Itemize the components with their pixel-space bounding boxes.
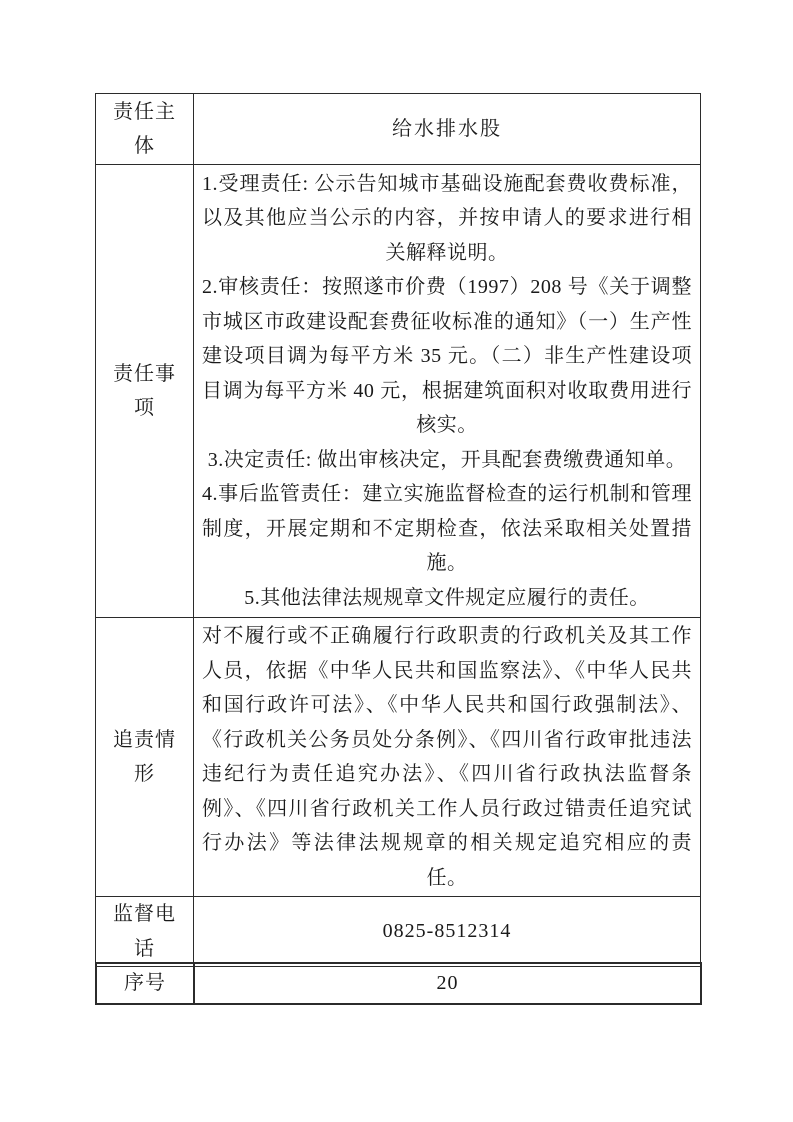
responsibility-subject-value: 给水排水股 bbox=[194, 94, 701, 165]
accountability-content-cell: 对不履行或不正确履行行政职责的行政机关及其工作人员，依据《中华人民共和国监察法》… bbox=[194, 618, 701, 897]
responsibility-items-label-cell: 责任事项 bbox=[96, 165, 194, 618]
serial-number-label: 序号 bbox=[111, 966, 179, 1001]
responsibility-item-3: 3.决定责任: 做出审核决定，开具配套费缴费通知单。 bbox=[202, 443, 692, 478]
responsibility-items-label: 责任事项 bbox=[111, 357, 179, 426]
responsibility-items-content: 1.受理责任: 公示告知城市基础设施配套费收费标准，以及其他应当公示的内容，并按… bbox=[194, 165, 701, 618]
responsibility-item-4: 4.事后监管责任：建立实施监督检查的运行机制和管理制度，开展定期和不定期检查，依… bbox=[202, 477, 692, 581]
responsibility-table: 责任主体 给水排水股 责任事项 1.受理责任: 公示告知城市基础设施配套费收费标… bbox=[95, 93, 701, 967]
responsibility-item-1: 1.受理责任: 公示告知城市基础设施配套费收费标准，以及其他应当公示的内容，并按… bbox=[202, 167, 692, 271]
responsibility-item-5: 5.其他法律法规规章文件规定应履行的责任。 bbox=[202, 581, 692, 616]
accountability-label-cell: 追责情形 bbox=[96, 618, 194, 897]
serial-number-table: 序号 20 bbox=[95, 962, 702, 1005]
responsibility-subject-label-cell: 责任主体 bbox=[96, 94, 194, 165]
table-row-serial-number: 序号 20 bbox=[96, 963, 701, 1004]
responsibility-item-2: 2.审核责任：按照遂市价费（1997）208 号《关于调整市城区市政建设配套费征… bbox=[202, 270, 692, 443]
supervision-phone-label-cell: 监督电话 bbox=[96, 897, 194, 967]
supervision-phone-value: 0825-8512314 bbox=[194, 897, 701, 967]
accountability-content: 对不履行或不正确履行行政职责的行政机关及其工作人员，依据《中华人民共和国监察法》… bbox=[202, 619, 692, 895]
serial-number-label-cell: 序号 bbox=[96, 963, 194, 1004]
accountability-label: 追责情形 bbox=[111, 723, 179, 792]
responsibility-subject-label: 责任主体 bbox=[111, 95, 179, 164]
table-row-responsibility-subject: 责任主体 给水排水股 bbox=[96, 94, 701, 165]
table-row-responsibility-items: 责任事项 1.受理责任: 公示告知城市基础设施配套费收费标准，以及其他应当公示的… bbox=[96, 165, 701, 618]
supervision-phone-label: 监督电话 bbox=[111, 897, 179, 966]
serial-number-value: 20 bbox=[194, 963, 701, 1004]
table-row-accountability: 追责情形 对不履行或不正确履行行政职责的行政机关及其工作人员，依据《中华人民共和… bbox=[96, 618, 701, 897]
table-row-supervision-phone: 监督电话 0825-8512314 bbox=[96, 897, 701, 967]
document-page: 责任主体 给水排水股 责任事项 1.受理责任: 公示告知城市基础设施配套费收费标… bbox=[0, 0, 793, 1122]
